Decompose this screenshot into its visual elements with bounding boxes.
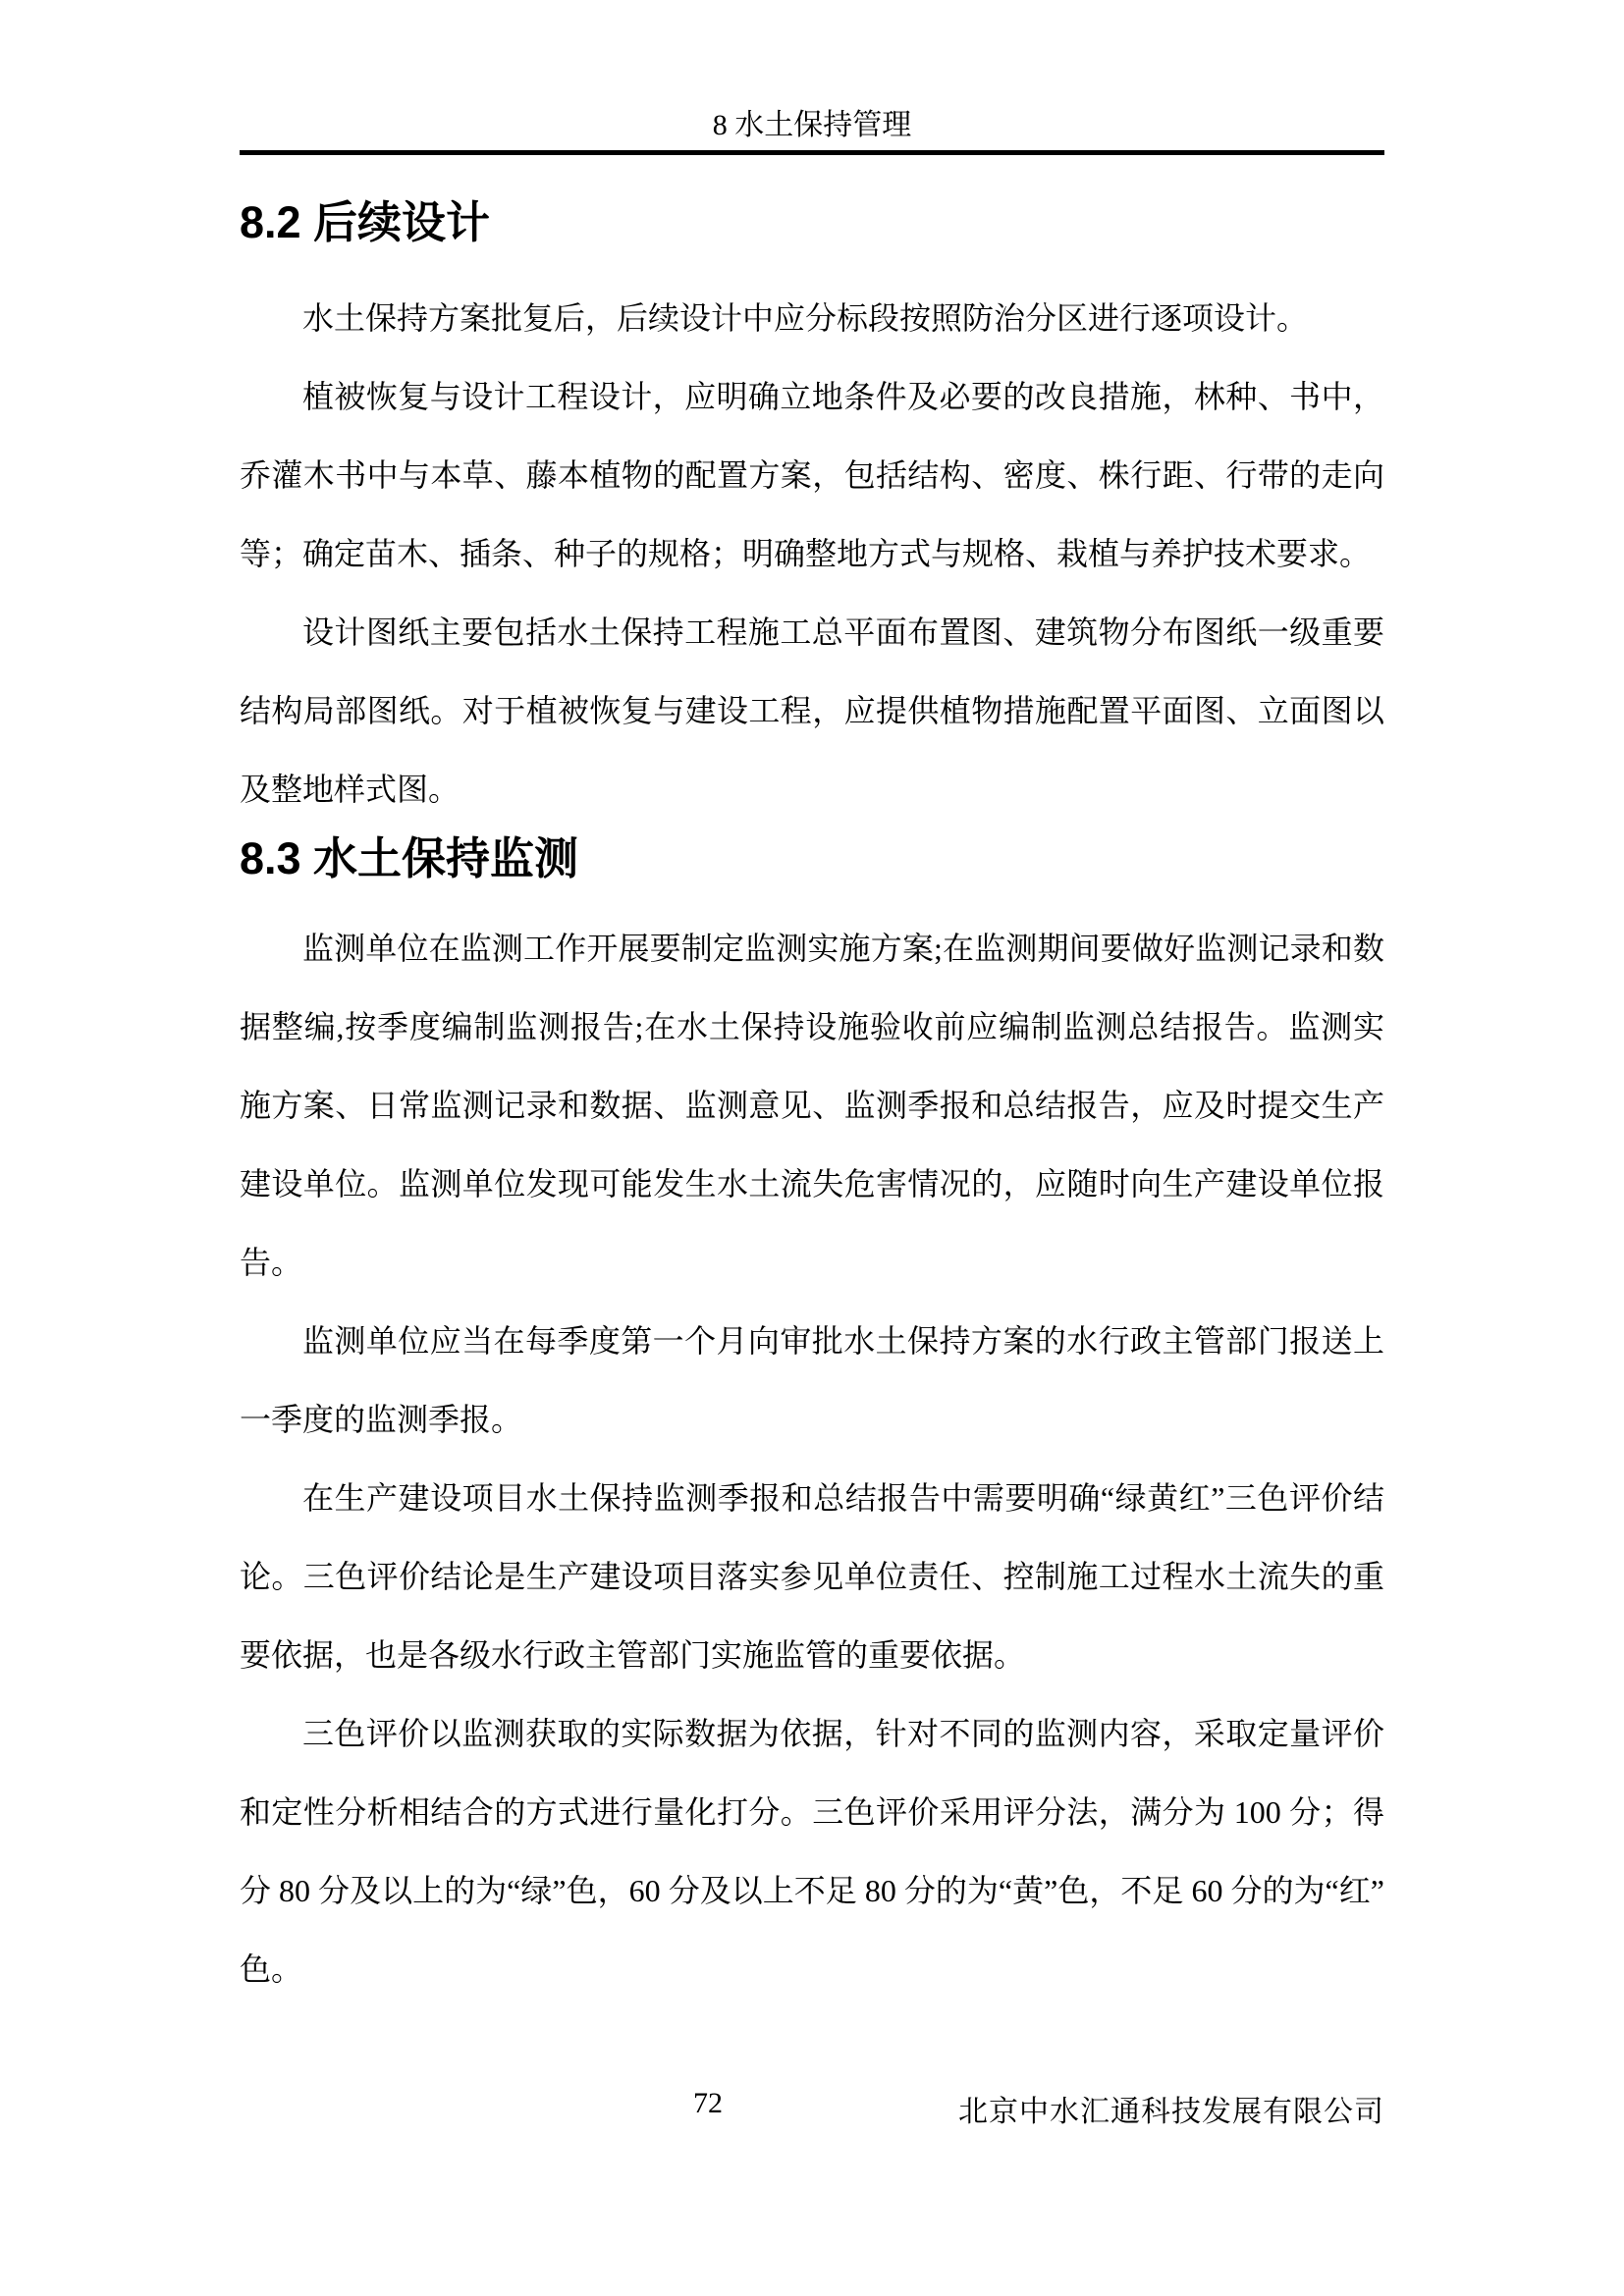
footer-company-name: 北京中水汇通科技发展有限公司 [958,2087,1384,2130]
page-header: 8 水土保持管理 [240,0,1384,155]
header-rule [240,150,1384,155]
paragraph-8-2-2: 植被恢复与设计工程设计，应明确立地条件及必要的改良措施，林种、书中，乔灌木书中与… [240,357,1384,593]
paragraph-8-3-3: 在生产建设项目水土保持监测季报和总结报告中需要明确“绿黄红”三色评价结论。三色评… [240,1459,1384,1694]
document-page: 8 水土保持管理 8.2 后续设计 水土保持方案批复后，后续设计中应分标段按照防… [0,0,1624,2296]
paragraph-8-2-3: 设计图纸主要包括水土保持工程施工总平面布置图、建筑物分布图纸一级重要结构局部图纸… [240,593,1384,828]
section-heading-8-2: 8.2 后续设计 [240,194,1384,251]
paragraph-8-3-2: 监测单位应当在每季度第一个月向审批水土保持方案的水行政主管部门报送上一季度的监测… [240,1302,1384,1459]
page-number: 72 [693,2087,723,2120]
paragraph-8-3-4: 三色评价以监测获取的实际数据为依据，针对不同的监测内容，采取定量评价和定性分析相… [240,1694,1384,2008]
paragraph-8-2-1: 水土保持方案批复后，后续设计中应分标段按照防治分区进行逐项设计。 [240,279,1384,357]
section-heading-8-3: 8.3 水土保持监测 [240,830,1384,887]
page-content: 8 水土保持管理 8.2 后续设计 水土保持方案批复后，后续设计中应分标段按照防… [0,0,1624,2008]
paragraph-8-3-1: 监测单位在监测工作开展要制定监测实施方案;在监测期间要做好监测记录和数据整编,按… [240,909,1384,1302]
page-footer: 72 北京中水汇通科技发展有限公司 [240,2087,1384,2130]
running-header-title: 8 水土保持管理 [240,108,1384,143]
